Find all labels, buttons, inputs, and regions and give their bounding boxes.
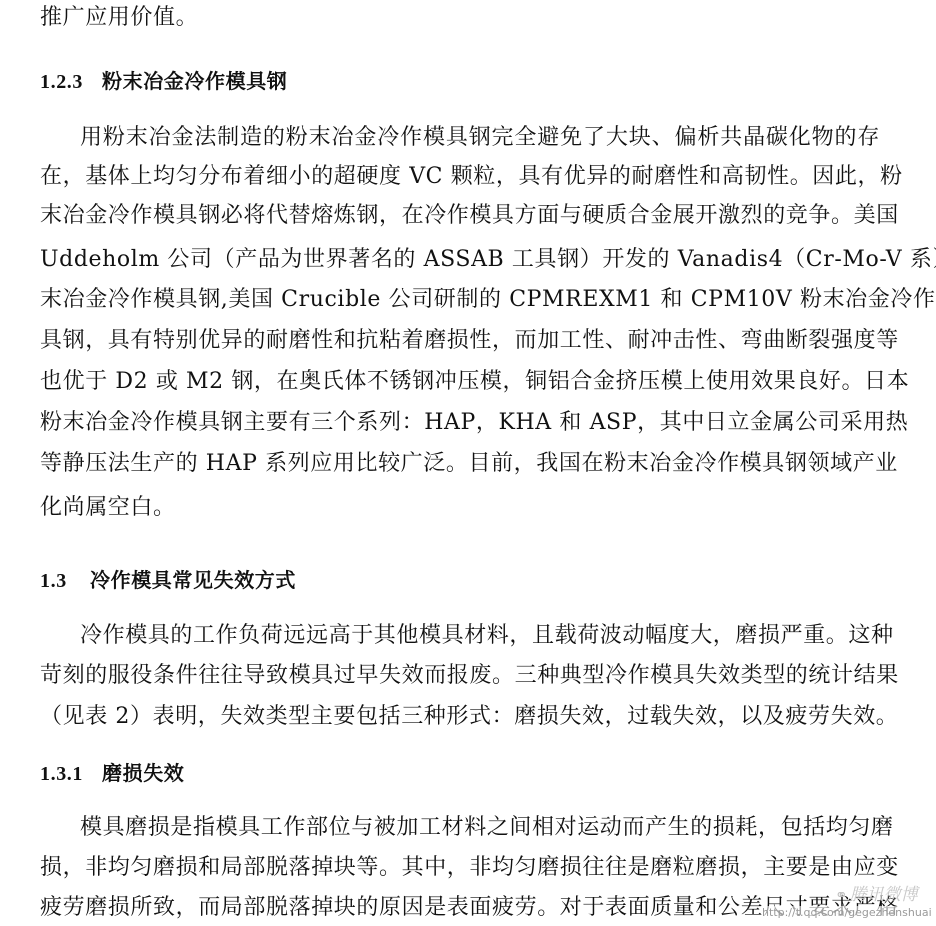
section-number: 1.3.1 <box>40 760 102 788</box>
section-title: 粉末冶金冷作模具钢 <box>102 69 287 93</box>
section-number: 1.2.3 <box>40 68 102 96</box>
watermark-url: http://t.qq.com/gegezhenshuai <box>762 906 932 919</box>
paragraph-line: （见表 2）表明，失效类型主要包括三种形式：磨损失效，过载失效，以及疲劳失效。 <box>40 703 880 731</box>
paragraph-line: 化尚属空白。 <box>40 494 880 522</box>
paragraph-line: 末冶金冷作模具钢,美国 Crucible 公司研制的 CPMREXM1 和 CP… <box>40 286 880 314</box>
watermark-brand: 腾讯微博 <box>850 885 918 905</box>
paragraph-line: 等静压法生产的 HAP 系列应用比较广泛。目前，我国在粉末冶金冷作模具钢领域产业 <box>40 450 880 478</box>
paragraph-line: Uddeholm 公司（产品为世界著名的 ASSAB 工具钢）开发的 Vanad… <box>40 246 880 274</box>
section-heading-1-3-1: 1.3.1磨损失效 <box>40 759 880 788</box>
paragraph-line: 末冶金冷作模具钢必将代替熔炼钢，在冷作模具方面与硬质合金展开激烈的竞争。美国 <box>40 202 880 230</box>
paragraph-tail: 推广应用价值。 <box>40 4 880 32</box>
paragraph-line: 苛刻的服役条件往往导致模具过早失效而报废。三种典型冷作模具失效类型的统计结果 <box>40 662 880 690</box>
tencent-weibo-logo-icon: ⚭ <box>835 886 848 904</box>
section-heading-1-2-3: 1.2.3粉末冶金冷作模具钢 <box>40 67 880 96</box>
watermark: ⚭腾讯微博 <box>835 880 935 905</box>
paragraph-line: 也优于 D2 或 M2 钢，在奥氏体不锈钢冲压模，铜铝合金挤压模上使用效果良好。… <box>40 368 880 396</box>
document-page: 推广应用价值。 1.2.3粉末冶金冷作模具钢 用粉末冶金法制造的粉末冶金冷作模具… <box>0 0 936 926</box>
paragraph-line: 粉末冶金冷作模具钢主要有三个系列：HAP，KHA 和 ASP，其中日立金属公司采… <box>40 409 880 437</box>
paragraph-line: 疲劳磨损所致，而局部脱落掉块的原因是表面疲劳。对于表面质量和公差尺寸要求严格 <box>40 894 880 922</box>
section-title: 冷作模具常见失效方式 <box>90 568 296 592</box>
paragraph-line: 用粉末冶金法制造的粉末冶金冷作模具钢完全避免了大块、偏析共晶碳化物的存 <box>80 124 880 152</box>
section-heading-1-3: 1.3冷作模具常见失效方式 <box>40 566 880 595</box>
paragraph-line: 模具磨损是指模具工作部位与被加工材料之间相对运动而产生的损耗，包括均匀磨 <box>80 814 880 842</box>
paragraph-line: 在，基体上均匀分布着细小的超硬度 VC 颗粒，具有优异的耐磨性和高韧性。因此，粉 <box>40 163 880 191</box>
paragraph-line: 冷作模具的工作负荷远远高于其他模具材料，且载荷波动幅度大，磨损严重。这种 <box>80 622 880 650</box>
paragraph-line: 具钢，具有特别优异的耐磨性和抗粘着磨损性，而加工性、耐冲击性、弯曲断裂强度等 <box>40 327 880 355</box>
section-title: 磨损失效 <box>102 761 184 785</box>
paragraph-line: 损，非均匀磨损和局部脱落掉块等。其中，非均匀磨损往往是磨粒磨损，主要是由应变 <box>40 854 880 882</box>
section-number: 1.3 <box>40 567 90 595</box>
